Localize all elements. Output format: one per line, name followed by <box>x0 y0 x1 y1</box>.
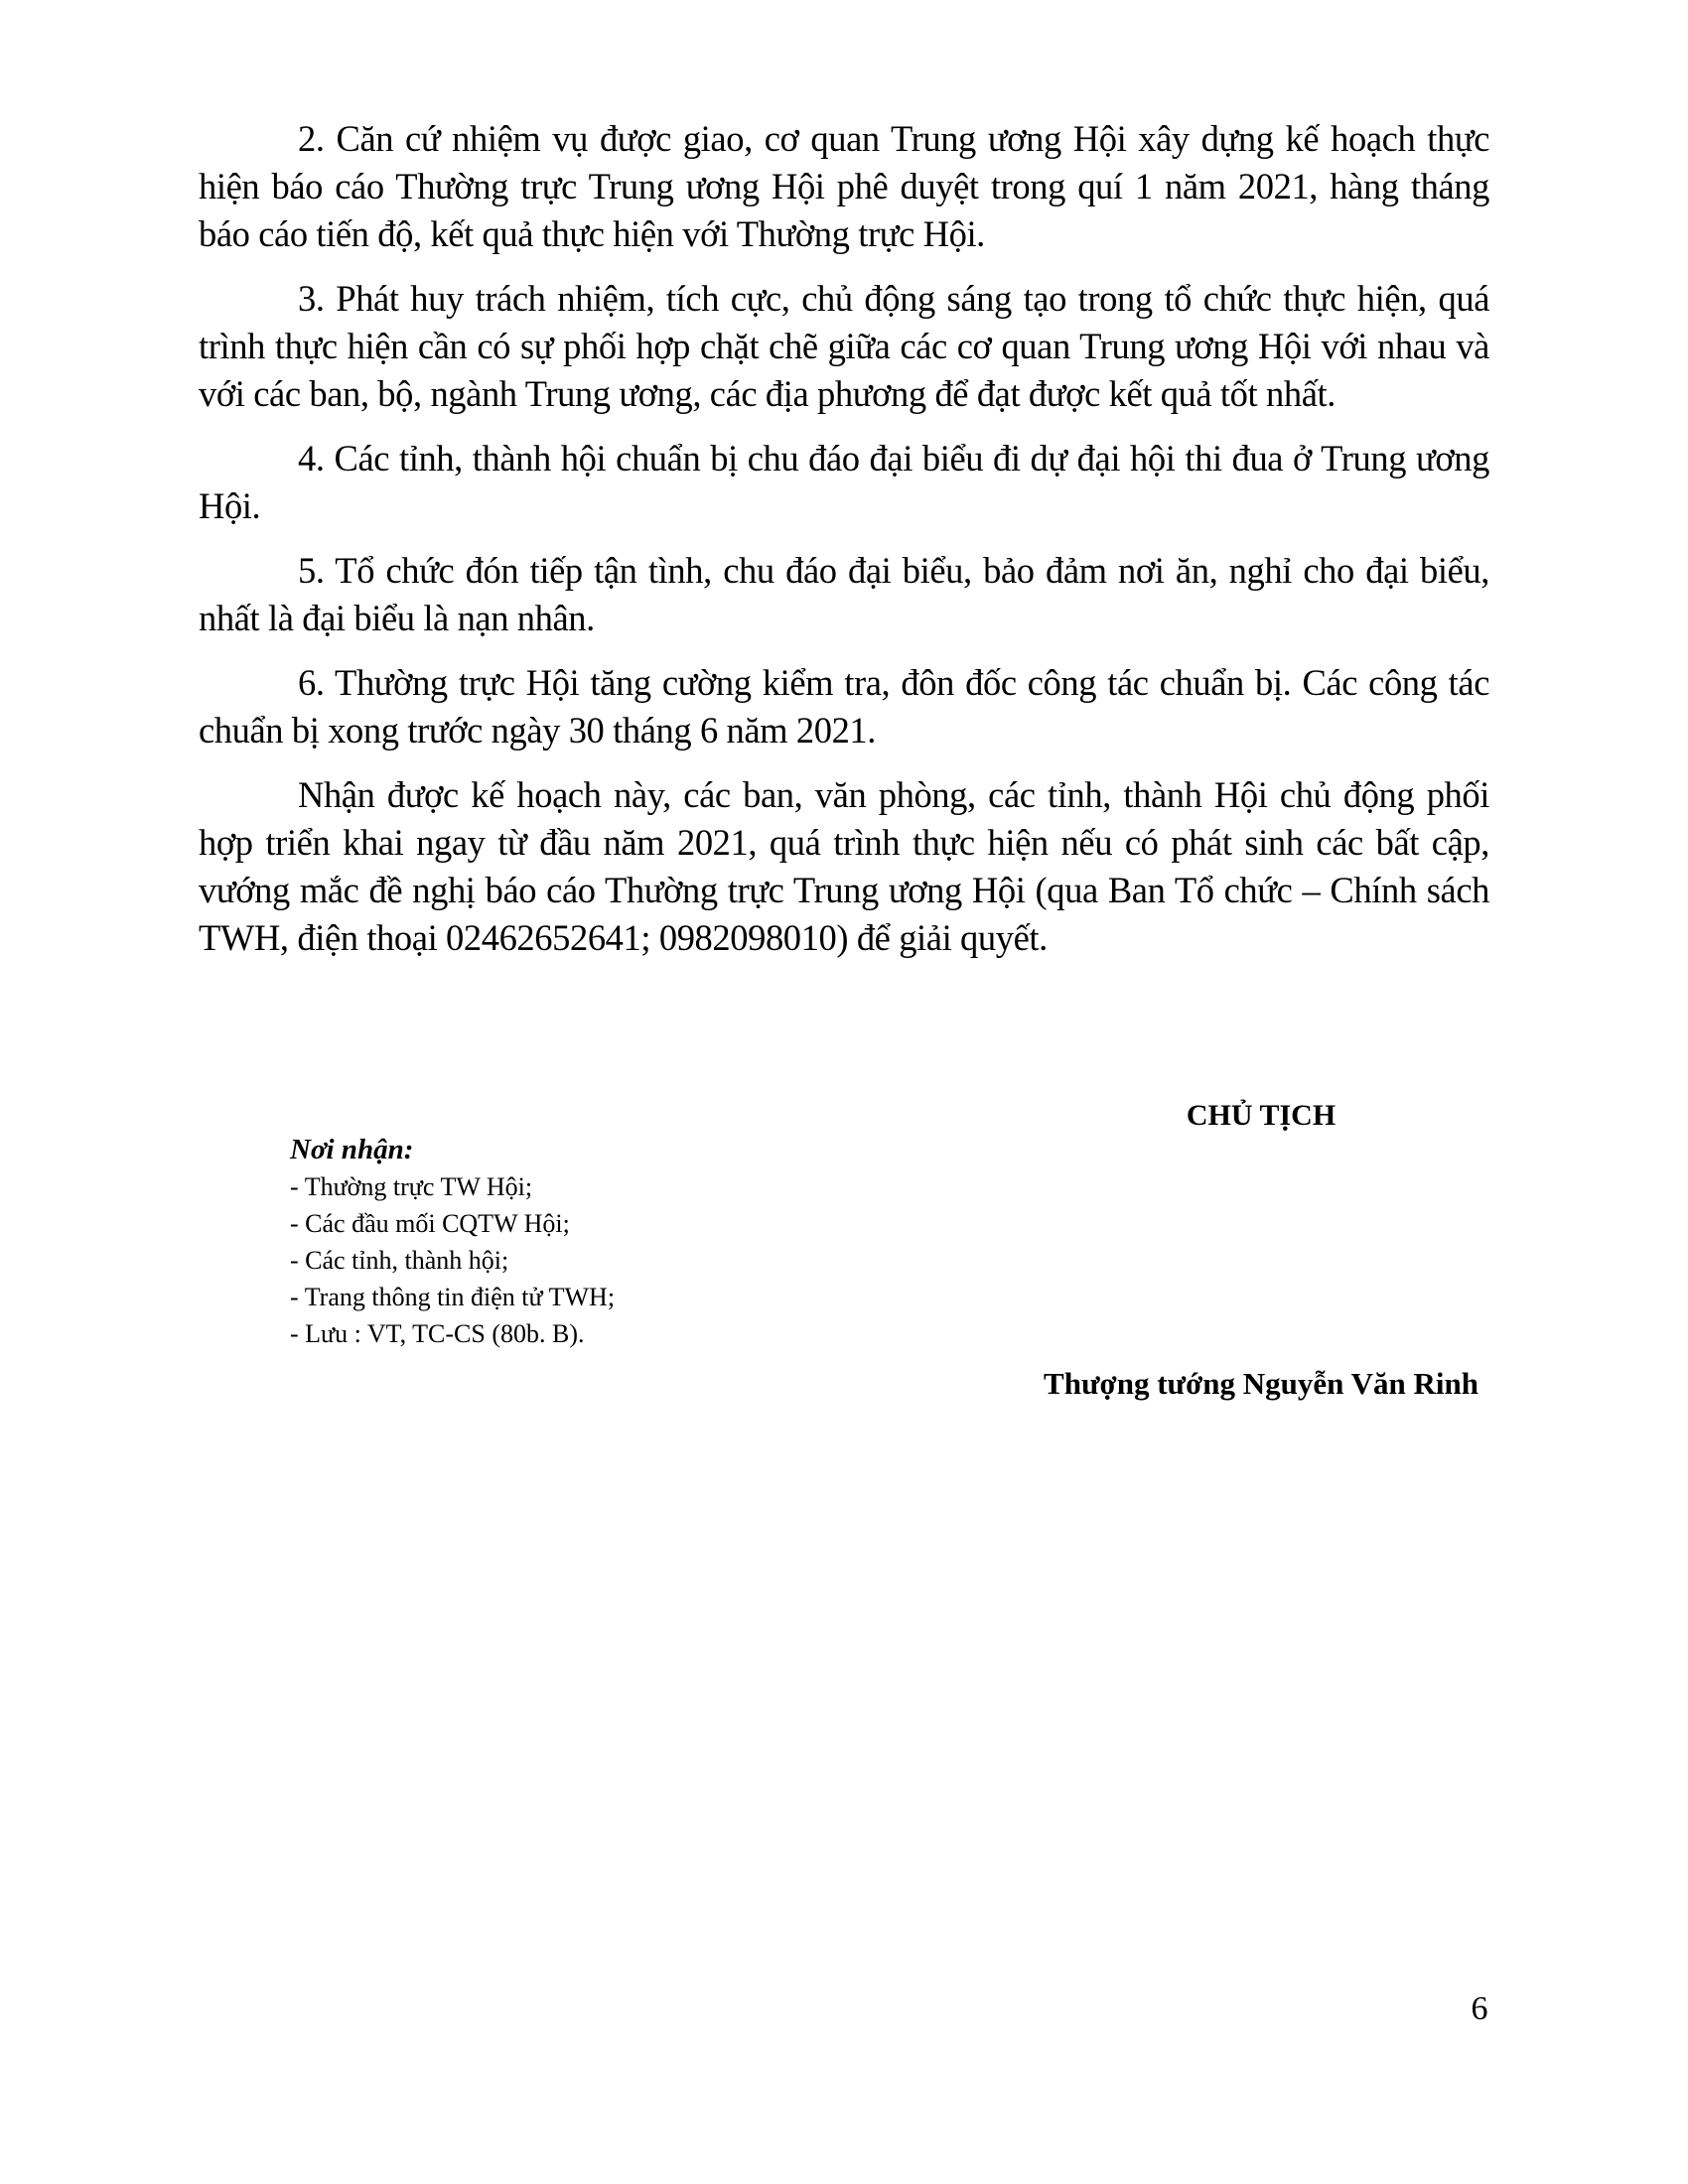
recipient-item: - Trang thông tin điện tử TWH; <box>290 1279 886 1315</box>
document-page: 2. Căn cứ nhiệm vụ được giao, cơ quan Tr… <box>0 0 1688 2184</box>
paragraph-item-4: 4. Các tỉnh, thành hội chuẩn bị chu đáo … <box>199 435 1489 530</box>
paragraph-item-6: 6. Thường trực Hội tăng cường kiểm tra, … <box>199 659 1489 754</box>
recipient-item: - Lưu : VT, TC-CS (80b. B). <box>290 1315 886 1352</box>
recipient-item: - Thường trực TW Hội; <box>290 1168 886 1205</box>
paragraph-item-2: 2. Căn cứ nhiệm vụ được giao, cơ quan Tr… <box>199 115 1489 258</box>
signature-title: CHỦ TỊCH <box>993 1096 1529 1136</box>
recipients-title: Nơi nhận: <box>290 1131 886 1168</box>
document-body: 2. Căn cứ nhiệm vụ được giao, cơ quan Tr… <box>199 115 1489 962</box>
paragraph-item-5: 5. Tổ chức đón tiếp tận tình, chu đáo đạ… <box>199 547 1489 642</box>
recipients-block: Nơi nhận: - Thường trực TW Hội; - Các đầ… <box>290 1131 886 1352</box>
recipients-list: - Thường trực TW Hội; - Các đầu mối CQTW… <box>290 1168 886 1352</box>
page-number: 6 <box>1450 1989 1509 2029</box>
recipient-item: - Các tỉnh, thành hội; <box>290 1242 886 1279</box>
signatory-name: Thượng tướng Nguyễn Văn Rinh <box>983 1364 1539 1404</box>
paragraph-item-3: 3. Phát huy trách nhiệm, tích cực, chủ đ… <box>199 275 1489 418</box>
recipient-item: - Các đầu mối CQTW Hội; <box>290 1205 886 1242</box>
closing-paragraph: Nhận được kế hoạch này, các ban, văn phò… <box>199 771 1489 962</box>
